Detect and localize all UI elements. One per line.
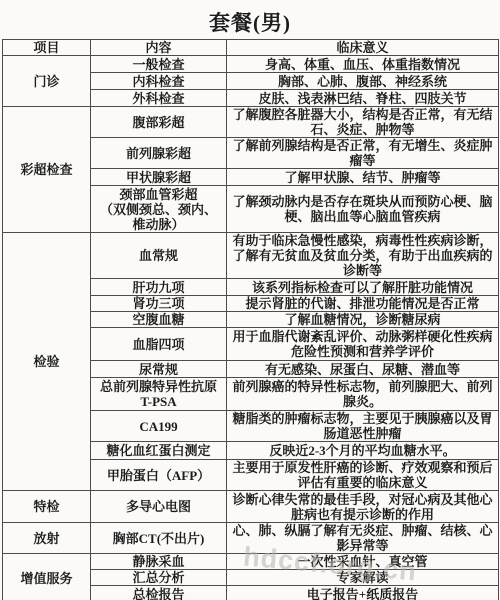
table-row: 检验 血常规 有助于临床急慢性感染，病毒性性疾病诊断，了解有无贫血及贫血分类，有… [3,233,499,279]
meaning-cell: 主要用于原发性肝癌的诊断、疗效观察和预后评估有重要的临床意义 [227,460,499,491]
content-cell: 静脉采血 [91,554,227,570]
meaning-cell: 了解前列腺结构是否正常，有无增生、炎症肿瘤等 [227,138,499,169]
header-content: 内容 [91,40,227,56]
content-cell: 空腹血糖 [91,312,227,328]
meaning-cell: 胸部、心肺、腹部、神经系统 [227,73,499,90]
section-label-value-added: 增值服务 [3,554,91,600]
content-cell: 前列腺彩超 [91,138,227,169]
content-cell: CA199 [91,411,227,442]
section-label-ultrasound: 彩超检查 [3,107,91,233]
header-meaning: 临床意义 [227,40,499,56]
content-cell: 血常规 [91,233,227,279]
meaning-cell: 有助于临床急慢性感染，病毒性性疾病诊断，了解有无贫血及贫血分类，有助于出血疾病的… [227,233,499,279]
content-cell: 糖化血红蛋白测定 [91,442,227,460]
meaning-cell: 了解甲状腺、结节、肿瘤等 [227,169,499,186]
content-cell: 甲胎蛋白（AFP） [91,460,227,491]
content-cell: 血脂四项 [91,328,227,361]
meaning-cell: 诊断心律失常的最佳手段，对冠心病及其他心脏病也有提示诊断的作用 [227,491,499,523]
content-cell: 肝功九项 [91,279,227,296]
header-row: 项目 内容 临床意义 [3,40,499,56]
table-row: 增值服务 静脉采血 一次性采血针、真空管 [3,554,499,570]
content-cell: 总前列腺特异性抗原 T-PSA [91,378,227,411]
meaning-cell: 反映近2-3个月的平均血糖水平。 [227,442,499,460]
meaning-cell: 了解颈动脉内是否存在斑块从而预防心梗、脑梗、脑出血等心脑血管疾病 [227,186,499,233]
meaning-cell: 提示肾脏的代谢、排泄功能情况是否正常 [227,296,499,312]
meaning-cell: 皮肤、浅表淋巴结、脊柱、四肢关节 [227,90,499,107]
content-cell: 甲状腺彩超 [91,169,227,186]
content-cell: 肾功三项 [91,296,227,312]
content-cell: 总检报告 [91,586,227,600]
meaning-cell: 前列腺癌的特异性标志物，前列腺肥大、前列腺炎。 [227,378,499,411]
meaning-cell: 糖脂类的肿瘤标志物，主要见于胰腺癌以及胃肠道恶性肿瘤 [227,411,499,442]
table-row: 特检 多导心电图 诊断心律失常的最佳手段，对冠心病及其他心脏病也有提示诊断的作用 [3,491,499,523]
package-table-page: 套餐(男) 项目 内容 临床意义 门诊 一般检查 身高、体重、血压、体重指数情况… [0,0,500,600]
meaning-cell: 有无感染、尿蛋白、尿糖、潜血等 [227,361,499,378]
page-title: 套餐(男) [0,0,500,39]
meaning-cell: 身高、体重、血压、体重指数情况 [227,56,499,73]
table-row: 彩超检查 腹部彩超 了解腹腔各脏器大小，结构是否正常，有无结石、炎症、肿物等 [3,107,499,138]
header-item: 项目 [3,40,91,56]
section-label-lab: 检验 [3,233,91,491]
meaning-cell: 一次性采血针、真空管 [227,554,499,570]
table-row: 放射 胸部CT(不出片) 心、肺、纵膈了解有无炎症、肿瘤、结核、心影异常等 [3,523,499,554]
meaning-cell: 专家解读 [227,570,499,586]
content-cell: 腹部彩超 [91,107,227,138]
content-cell: 汇总分析 [91,570,227,586]
content-cell: 胸部CT(不出片) [91,523,227,554]
section-label-outpatient: 门诊 [3,56,91,107]
table-row: 门诊 一般检查 身高、体重、血压、体重指数情况 [3,56,499,73]
meaning-cell: 了解血糖情况，诊断糖尿病 [227,312,499,328]
content-cell: 尿常规 [91,361,227,378]
content-cell: 颈部血管彩超 （双侧颈总、颈内、 椎动脉） [91,186,227,233]
section-label-radiology: 放射 [3,523,91,554]
content-cell: 多导心电图 [91,491,227,523]
meaning-cell: 了解腹腔各脏器大小，结构是否正常，有无结石、炎症、肿物等 [227,107,499,138]
meaning-cell: 该系列指标检查可以了解肝脏功能情况 [227,279,499,296]
meaning-cell: 电子报告+纸质报告 [227,586,499,600]
package-table: 项目 内容 临床意义 门诊 一般检查 身高、体重、血压、体重指数情况 内科检查 … [2,39,499,600]
content-cell: 外科检查 [91,90,227,107]
meaning-cell: 心、肺、纵膈了解有无炎症、肿瘤、结核、心影异常等 [227,523,499,554]
meaning-cell: 用于血脂代谢紊乱评价、动脉粥样硬化性疾病危险性预测和营养学评价 [227,328,499,361]
content-cell: 内科检查 [91,73,227,90]
content-cell: 一般检查 [91,56,227,73]
section-label-special: 特检 [3,491,91,523]
